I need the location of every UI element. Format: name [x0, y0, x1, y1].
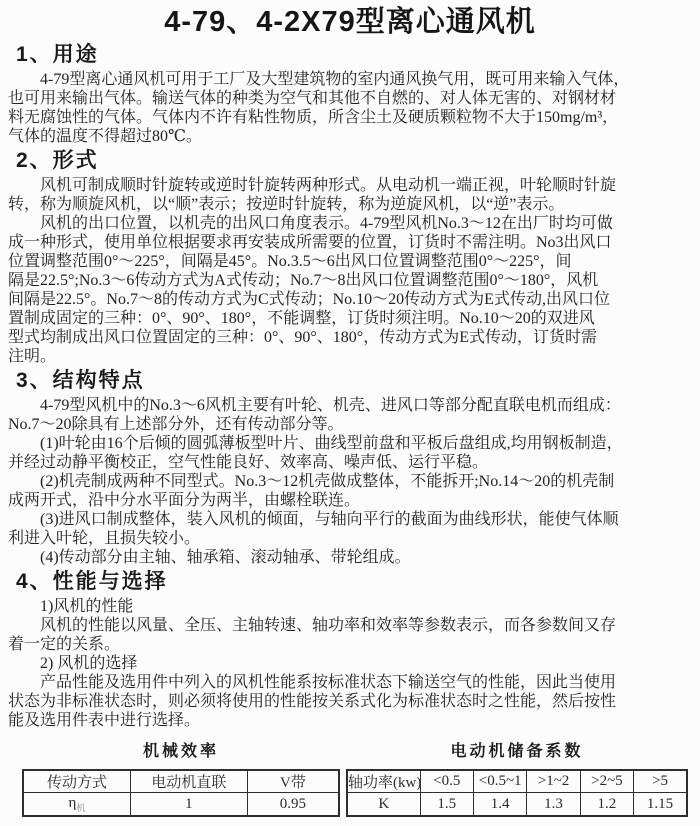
document-page: 4-79、4-2X79型离心通风机 1、用途 4-79型离心通风机可用于工厂及大…	[0, 0, 700, 826]
text-line: 隔是22.5°;No.3～6传动方式为A式传动；No.7～8出风口位置调整范围0…	[8, 271, 692, 290]
paragraph-form-outlet: 风机的出口位置，以机壳的出风口角度表示。4-79型风机No.3～12在出厂时均可…	[8, 214, 692, 366]
table-value-row: K 1.5 1.4 1.3 1.2 1.15	[347, 793, 687, 817]
text-line: 产品性能及选用件中列入的风机性能系按标准状态下输送空气的性能，因此当使用	[8, 673, 692, 692]
value-direct-coupling: 1	[130, 793, 247, 817]
table-header-row: 传动方式 电动机直联 V带	[23, 770, 339, 793]
k-symbol-cell: K	[347, 793, 420, 817]
k-value-2: 1.4	[473, 793, 526, 817]
paragraph-performance-params: 风机的性能以风量、全压、主轴转速、轴功率和效率等参数表示，而各参数间又存着一定的…	[8, 616, 692, 654]
header-range-4: >2~5	[580, 770, 633, 793]
text-line: 成两开式，沿中分水平面分为两半，由螺栓联连。	[8, 491, 692, 510]
section-heading-structure: 3、结构特点	[8, 369, 692, 393]
text-line: 位置调整范围0°～225°，间隔是45°。No.3.5～6出风口位置调整范围0°…	[8, 252, 692, 271]
header-range-2: <0.5~1	[473, 770, 526, 793]
paragraph-structure-intro: 4-79型风机中的No.3～6风机主要有叶轮、机壳、进风口等部分配直联电机而组成…	[8, 396, 692, 434]
text-line: 风机可制成顺时针旋转或逆时针旋转两种形式。从电动机一端正视，叶轮顺时针旋	[8, 176, 692, 195]
text-line: (3)进风口制成整体，装入风机的倾面，与轴向平行的截面为曲线形状，能使气体顺	[8, 510, 692, 529]
paragraph-performance-selection: 产品性能及选用件中列入的风机性能系按标准状态下输送空气的性能，因此当使用状态为非…	[8, 673, 692, 730]
header-range-5: >5	[634, 770, 687, 793]
k-value-1: 1.5	[420, 793, 473, 817]
motor-reserve-block: 电动机储备系数 轴功率(kw) <0.5 <0.5~1 >1~2 >2~5 >5…	[346, 744, 688, 817]
paragraph-performance-sub1: 1)风机的性能	[8, 597, 692, 616]
section-heading-usage: 1、用途	[8, 43, 692, 67]
k-value-5: 1.15	[634, 793, 687, 817]
header-shaft-power: 轴功率(kw)	[347, 770, 420, 793]
text-line: 成一种形式，使用单位根据要求再安装成所需要的位置，订货时不需注明。No3出风口	[8, 233, 692, 252]
text-line: 4-79型离心通风机可用于工厂及大型建筑物的室内通风换气用，既可用来输入气体，	[8, 70, 692, 89]
text-line: 利进入叶轮，且损失较小。	[8, 529, 692, 548]
text-line: 着一定的关系。	[8, 635, 692, 654]
text-line: 注明。	[8, 347, 692, 366]
text-line: 气体的温度不得超过80℃。	[8, 127, 692, 146]
paragraph-structure-impeller: (1)叶轮由16个后倾的圆弧薄板型叶片、曲线型前盘和平板后盘组成,均用钢板制造，…	[8, 434, 692, 472]
text-line: 风机的出口位置，以机壳的出风口角度表示。4-79型风机No.3～12在出厂时均可…	[8, 214, 692, 233]
header-v-belt: V带	[247, 770, 339, 793]
text-line: (1)叶轮由16个后倾的圆弧薄板型叶片、曲线型前盘和平板后盘组成,均用钢板制造，	[8, 434, 692, 453]
header-direct-coupling: 电动机直联	[130, 770, 247, 793]
text-line: 间隔是22.5°。No.7～8的传动方式为C式传动；No.10～20传动方式为E…	[8, 290, 692, 309]
k-value-4: 1.2	[580, 793, 633, 817]
mechanical-efficiency-table: 传动方式 电动机直联 V带 η机 1 0.95	[22, 769, 340, 817]
tables-row: 机械效率 传动方式 电动机直联 V带 η机 1 0.95 电动机储备系数	[8, 744, 692, 817]
text-line: 置制成固定的三种：0°、90°、180°，不能调整，订货时须注明。No.10～2…	[8, 309, 692, 328]
mechanical-efficiency-title: 机械效率	[22, 744, 340, 760]
table-header-row: 轴功率(kw) <0.5 <0.5~1 >1~2 >2~5 >5	[347, 770, 687, 793]
text-line: 转，称为顺旋风机，以“顺”表示；按逆时针旋转，称为逆旋风机，以“逆”表示。	[8, 195, 692, 214]
header-range-1: <0.5	[420, 770, 473, 793]
text-line: 并经过动静平衡校正，空气性能良好、效率高、噪声低、运行平稳。	[8, 453, 692, 472]
paragraph-structure-casing: (2)机壳制成两种不同型式。No.3～12机壳做成整体，不能拆开;No.14～2…	[8, 472, 692, 510]
text-line: No.7～20除具有上述部分外，还有传动部分等。	[8, 415, 692, 434]
section-heading-performance: 4、性能与选择	[8, 570, 692, 594]
eta-subscript: 机	[76, 803, 85, 813]
paragraph-performance-sub2: 2) 风机的选择	[8, 654, 692, 673]
text-line: 风机的性能以风量、全压、主轴转速、轴功率和效率等参数表示，而各参数间又存	[8, 616, 692, 635]
motor-reserve-title: 电动机储备系数	[346, 744, 688, 760]
mechanical-efficiency-block: 机械效率 传动方式 电动机直联 V带 η机 1 0.95	[22, 744, 340, 817]
paragraph-structure-drive: (4)传动部分由主轴、轴承箱、滚动轴承、带轮组成。	[8, 548, 692, 567]
text-line: 料无腐蚀性的气体。气体内不许有粘性物质，所含尘土及硬质颗粒物不大于150mg/m…	[8, 108, 692, 127]
text-line: 4-79型风机中的No.3～6风机主要有叶轮、机壳、进风口等部分配直联电机而组成…	[8, 396, 692, 415]
text-line: (4)传动部分由主轴、轴承箱、滚动轴承、带轮组成。	[8, 548, 692, 567]
paragraph-structure-inlet: (3)进风口制成整体，装入风机的倾面，与轴向平行的截面为曲线形状，能使气体顺利进…	[8, 510, 692, 548]
table-value-row: η机 1 0.95	[23, 793, 339, 817]
motor-reserve-table: 轴功率(kw) <0.5 <0.5~1 >1~2 >2~5 >5 K 1.5 1…	[346, 769, 688, 817]
header-range-3: >1~2	[527, 770, 580, 793]
text-line: 1)风机的性能	[8, 597, 692, 616]
text-line: 2) 风机的选择	[8, 654, 692, 673]
header-drive-type: 传动方式	[23, 770, 130, 793]
text-line: 也可用来输出气体。输送气体的种类为空气和其他不自燃的、对人体无害的、对钢材材	[8, 89, 692, 108]
value-v-belt: 0.95	[247, 793, 339, 817]
paragraph-form-rotation: 风机可制成顺时针旋转或逆时针旋转两种形式。从电动机一端正视，叶轮顺时针旋转，称为…	[8, 176, 692, 214]
eta-symbol-cell: η机	[23, 793, 130, 817]
text-line: 型式均制成出风口位置固定的三种：0°、90°、180°，传动方式为E式传动，订货…	[8, 328, 692, 347]
k-value-3: 1.3	[527, 793, 580, 817]
text-line: 状态为非标准状态时，则必须将使用的性能按关系式化为标准状态时之性能，然后按性	[8, 692, 692, 711]
paragraph-usage: 4-79型离心通风机可用于工厂及大型建筑物的室内通风换气用，既可用来输入气体，也…	[8, 70, 692, 146]
text-line: 能及选用件表中进行选择。	[8, 711, 692, 730]
text-line: (2)机壳制成两种不同型式。No.3～12机壳做成整体，不能拆开;No.14～2…	[8, 472, 692, 491]
document-title: 4-79、4-2X79型离心通风机	[8, 4, 692, 40]
section-heading-form: 2、形式	[8, 149, 692, 173]
